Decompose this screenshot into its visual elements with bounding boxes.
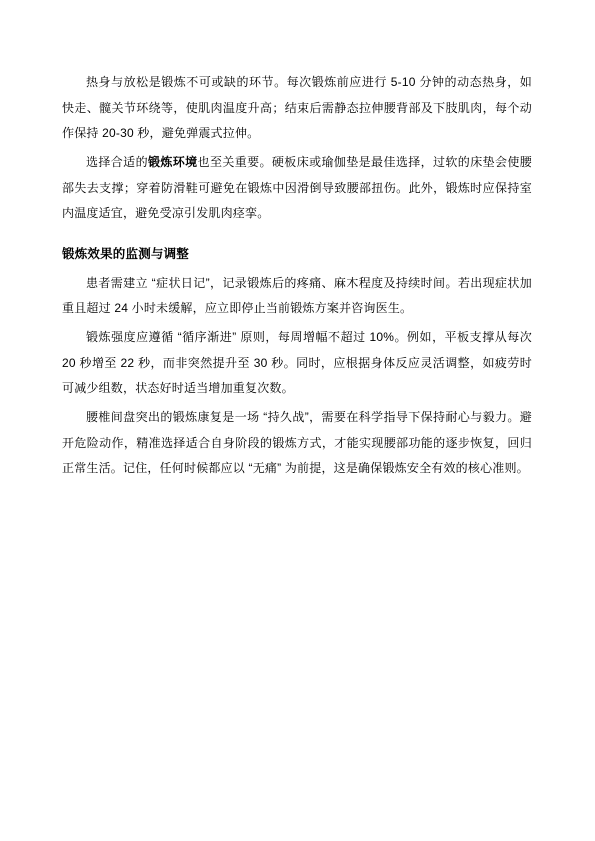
paragraph-symptom-diary: 患者需建立 “症状日记”，记录锻炼后的疼痛、麻木程度及持续时间。若出现症状加重且…	[62, 271, 532, 322]
section-heading-monitoring-adjustment: 锻炼效果的监测与调整	[62, 242, 532, 268]
document-content: 热身与放松是锻炼不可或缺的环节。每次锻炼前应进行 5-10 分钟的动态热身，如快…	[62, 70, 532, 485]
paragraph-run-bold: 锻炼环境	[148, 155, 198, 169]
paragraph-intensity-progression: 锻炼强度应遵循 “循序渐进” 原则，每周增幅不超过 10%。例如，平板支撑从每次…	[62, 325, 532, 402]
document-page: 热身与放松是锻炼不可或缺的环节。每次锻炼前应进行 5-10 分钟的动态热身，如快…	[0, 0, 595, 841]
paragraph-warmup-cooldown: 热身与放松是锻炼不可或缺的环节。每次锻炼前应进行 5-10 分钟的动态热身，如快…	[62, 70, 532, 147]
paragraph-exercise-environment: 选择合适的锻炼环境也至关重要。硬板床或瑜伽垫是最佳选择，过软的床垫会使腰部失去支…	[62, 150, 532, 227]
paragraph-conclusion: 腰椎间盘突出的锻炼康复是一场 “持久战”，需要在科学指导下保持耐心与毅力。避开危…	[62, 405, 532, 482]
paragraph-run-regular: 选择合适的	[86, 155, 148, 169]
